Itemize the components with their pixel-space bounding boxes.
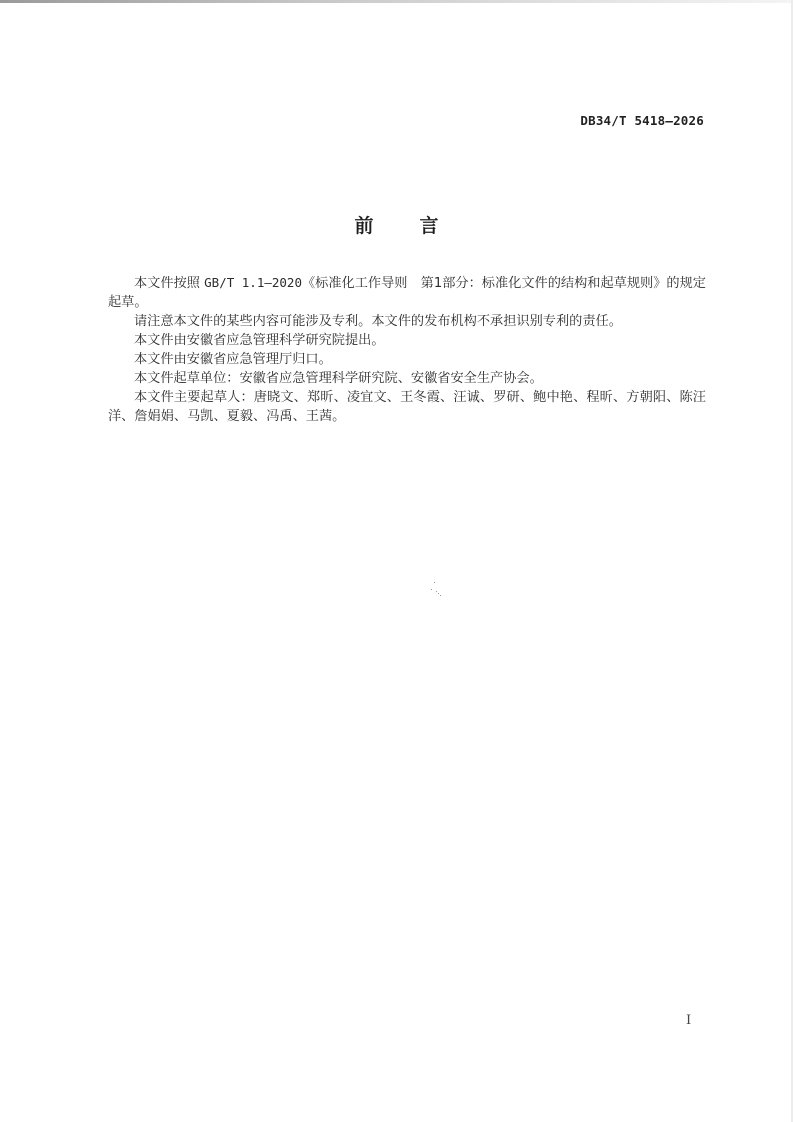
foreword-body: 本文件按照 GB/T 1.1—2020《标准化工作导则 第1部分：标准化文件的结… bbox=[108, 273, 706, 426]
paragraph-administrator: 本文件由安徽省应急管理厅归口。 bbox=[108, 350, 706, 369]
page-number: I bbox=[686, 1013, 691, 1028]
page-title: 前言 bbox=[0, 211, 793, 238]
paragraph-drafters: 本文件主要起草人：唐晓文、郑昕、凌宜文、王冬霞、汪诚、罗研、鲍中艳、程昕、方朝阳… bbox=[108, 388, 706, 426]
paragraph-proposer: 本文件由安徽省应急管理科学研究院提出。 bbox=[108, 331, 706, 350]
paragraph-drafting-units: 本文件起草单位：安徽省应急管理科学研究院、安徽省安全生产协会。 bbox=[108, 369, 706, 388]
scan-specks bbox=[428, 580, 448, 600]
title-char-2: 言 bbox=[420, 211, 439, 238]
paragraph-drafting-rules: 本文件按照 GB/T 1.1—2020《标准化工作导则 第1部分：标准化文件的结… bbox=[108, 273, 706, 312]
title-char-1: 前 bbox=[354, 211, 373, 238]
standard-reference: GB/T 1.1—2020 bbox=[204, 275, 302, 290]
scan-edge-shadow bbox=[0, 0, 793, 3]
document-code: DB34/T 5418—2026 bbox=[580, 113, 704, 128]
paragraph-patent-notice: 请注意本文件的某些内容可能涉及专利。本文件的发布机构不承担识别专利的责任。 bbox=[108, 312, 706, 331]
